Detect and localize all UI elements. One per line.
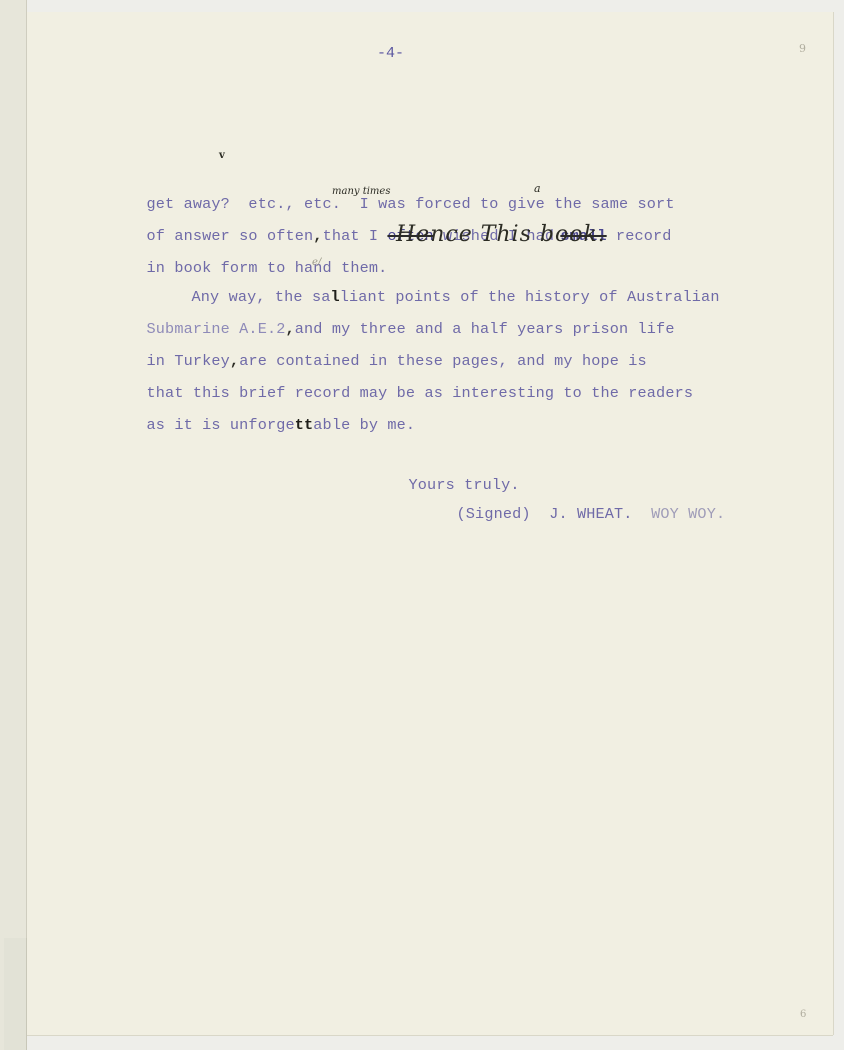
signature-line: (Signed) J. WHEAT. WOY WOY.	[438, 481, 725, 503]
handwritten-insertion-many-times: many times	[332, 186, 390, 197]
paragraph-2-line-1: Any way, the salliant points of the hist…	[173, 264, 720, 286]
caret-mark: v	[219, 150, 225, 161]
pencil-folio-number-top: 9	[799, 42, 806, 55]
overtyped-letters: tt	[295, 416, 314, 434]
paragraph-2-line-4: that this brief record may be as interes…	[128, 360, 693, 382]
typed-text: record	[607, 227, 672, 245]
signatory-name: J. WHEAT.	[549, 505, 632, 523]
typed-text: as it is unforge	[147, 416, 295, 434]
paragraph-2-line-5: as it is unforgettable by me.	[128, 392, 415, 414]
closing-salutation: Yours truly.	[390, 452, 520, 474]
backing-sheet-lower-edge	[4, 938, 27, 1050]
paragraph-2-line-3: in Turkey,are contained in these pages, …	[128, 328, 647, 350]
handwritten-insertion-a: a	[534, 182, 541, 195]
signed-label: (Signed)	[457, 505, 531, 523]
signatory-place: WOY WOY.	[651, 505, 725, 523]
backing-sheet	[0, 0, 27, 1050]
page-number: -4-	[377, 45, 404, 62]
paragraph-1-line-1: get away? etc., etc. I was forced to giv…	[128, 171, 675, 193]
paragraph-2-line-2: Submarine A.E.2,and my three and a half …	[128, 296, 675, 318]
typed-text: able by me.	[313, 416, 415, 434]
pencil-folio-number-bottom: 6	[800, 1009, 806, 1020]
handwritten-addition-hence-this-book: Hence This book.	[396, 222, 606, 247]
paragraph-1-line-3: in book form to hand them.	[128, 235, 387, 257]
